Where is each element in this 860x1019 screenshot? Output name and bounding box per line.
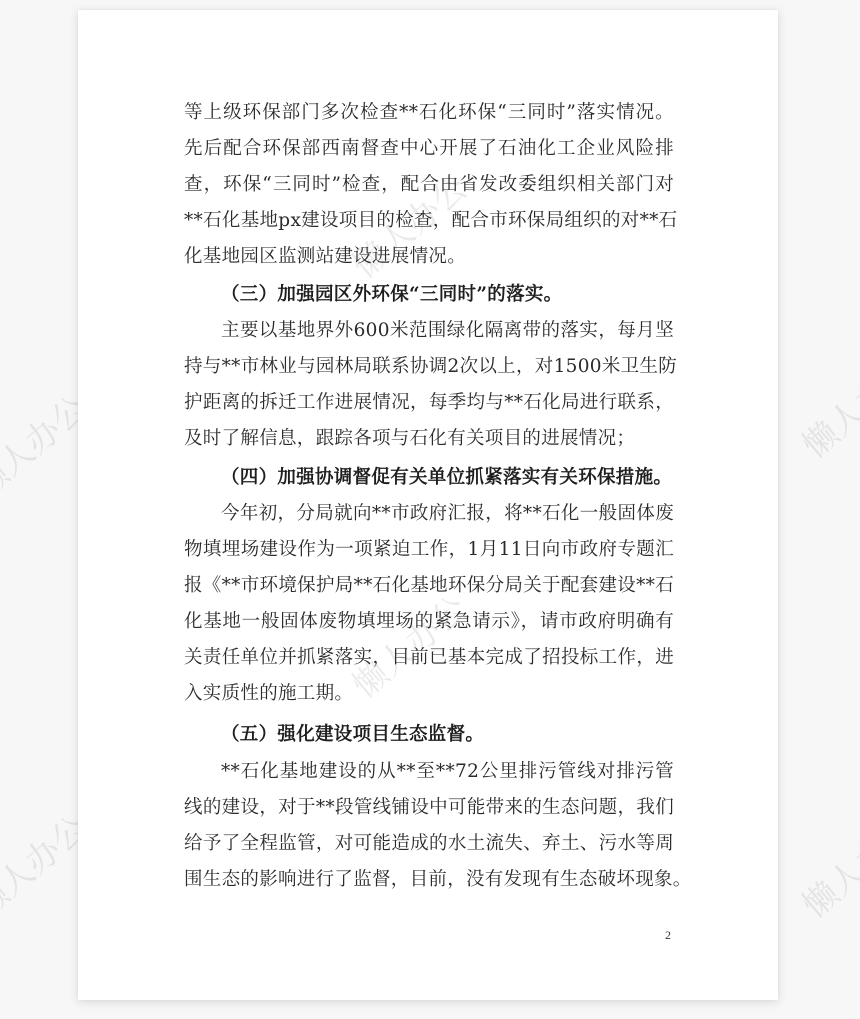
watermark: 懒人办公 xyxy=(790,802,860,927)
watermark: 懒人办公 xyxy=(790,342,860,467)
paragraph-line: 先后配合环保部西南督查中心开展了石油化工企业风险排 xyxy=(184,137,674,161)
paragraph-line: 化基地一般固体废物填埋场的紧急请示》，请市政府明确有 xyxy=(184,610,674,634)
paragraph-line: 化基地园区监测站建设进展情况。 xyxy=(184,245,674,269)
page-number: 2 xyxy=(665,928,671,943)
paragraph-line: 报《**市环境保护局**石化基地环保分局关于配套建设**石 xyxy=(184,574,674,598)
paragraph-line: 入实质性的施工期。 xyxy=(184,682,674,706)
paragraph-line: 护距离的拆迁工作进展情况，每季均与**石化局进行联系， xyxy=(184,391,674,415)
paragraph-line: **石化基地px建设项目的检查，配合市环保局组织的对**石 xyxy=(184,209,674,233)
paragraph-line: 围生态的影响进行了监督，目前，没有发现有生态破坏现象。 xyxy=(184,868,674,892)
paragraph-line: 等上级环保部门多次检查**石化环保“三同时”落实情况。 xyxy=(184,101,674,125)
paragraph-line: 主要以基地界外600米范围绿化隔离带的落实，每月坚 xyxy=(221,319,674,343)
paragraph-line: **石化基地建设的从**至**72公里排污管线对排污管 xyxy=(221,760,674,784)
section-heading: （四）加强协调督促有关单位抓紧落实有关环保措施。 xyxy=(221,466,674,490)
paragraph-line: 及时了解信息，跟踪各项与石化有关项目的进展情况； xyxy=(184,427,674,451)
paragraph-line: 关责任单位并抓紧落实，目前已基本完成了招投标工作，进 xyxy=(184,646,674,670)
paragraph-line: 持与**市林业与园林局联系协调2次以上，对1500米卫生防 xyxy=(184,355,674,379)
paragraph-line: 物填埋场建设作为一项紧迫工作，1月11日向市政府专题汇 xyxy=(184,538,674,562)
paragraph-line: 线的建设，对于**段管线铺设中可能带来的生态问题，我们 xyxy=(184,796,674,820)
paragraph-line: 今年初，分局就向**市政府汇报，将**石化一般固体废 xyxy=(221,502,674,526)
paragraph-line: 给予了全程监管，对可能造成的水土流失、弃土、污水等周 xyxy=(184,832,674,856)
paragraph-line: 查，环保“三同时”检查，配合由省发改委组织相关部门对 xyxy=(184,173,674,197)
section-heading: （五）强化建设项目生态监督。 xyxy=(221,723,674,747)
section-heading: （三）加强园区外环保“三同时”的落实。 xyxy=(221,283,674,307)
